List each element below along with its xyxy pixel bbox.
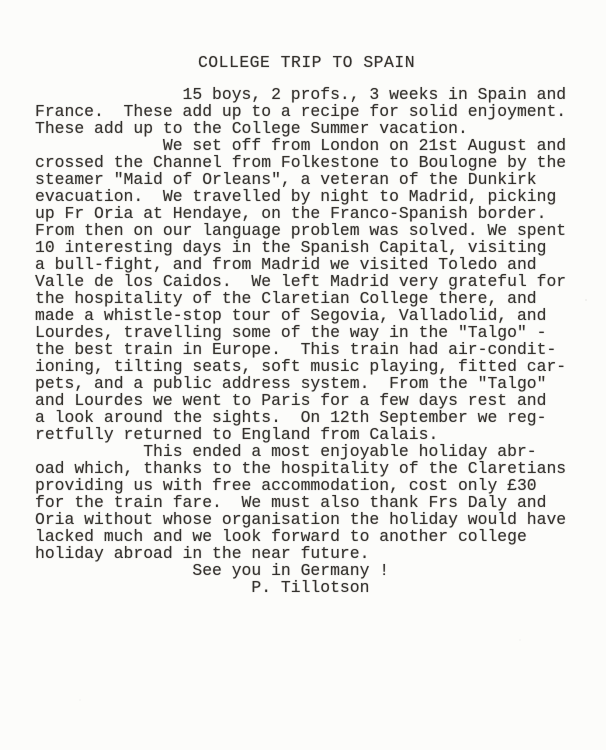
signature-line: P. Tillotson — [35, 579, 578, 596]
document-body: COLLEGE TRIP TO SPAIN 15 boys, 2 profs.,… — [0, 0, 606, 750]
document-title: COLLEGE TRIP TO SPAIN — [35, 54, 578, 71]
closing-line: See you in Germany ! — [35, 562, 578, 579]
scanned-page: { "document": { "title": "COLLEGE TRIP T… — [0, 0, 606, 750]
paragraph-conclusion: This ended a most enjoyable holiday abr-… — [35, 443, 578, 562]
paragraph-intro: 15 boys, 2 profs., 3 weeks in Spain and … — [35, 86, 578, 137]
paragraph-journey: We set off from London on 21st August an… — [35, 137, 578, 443]
